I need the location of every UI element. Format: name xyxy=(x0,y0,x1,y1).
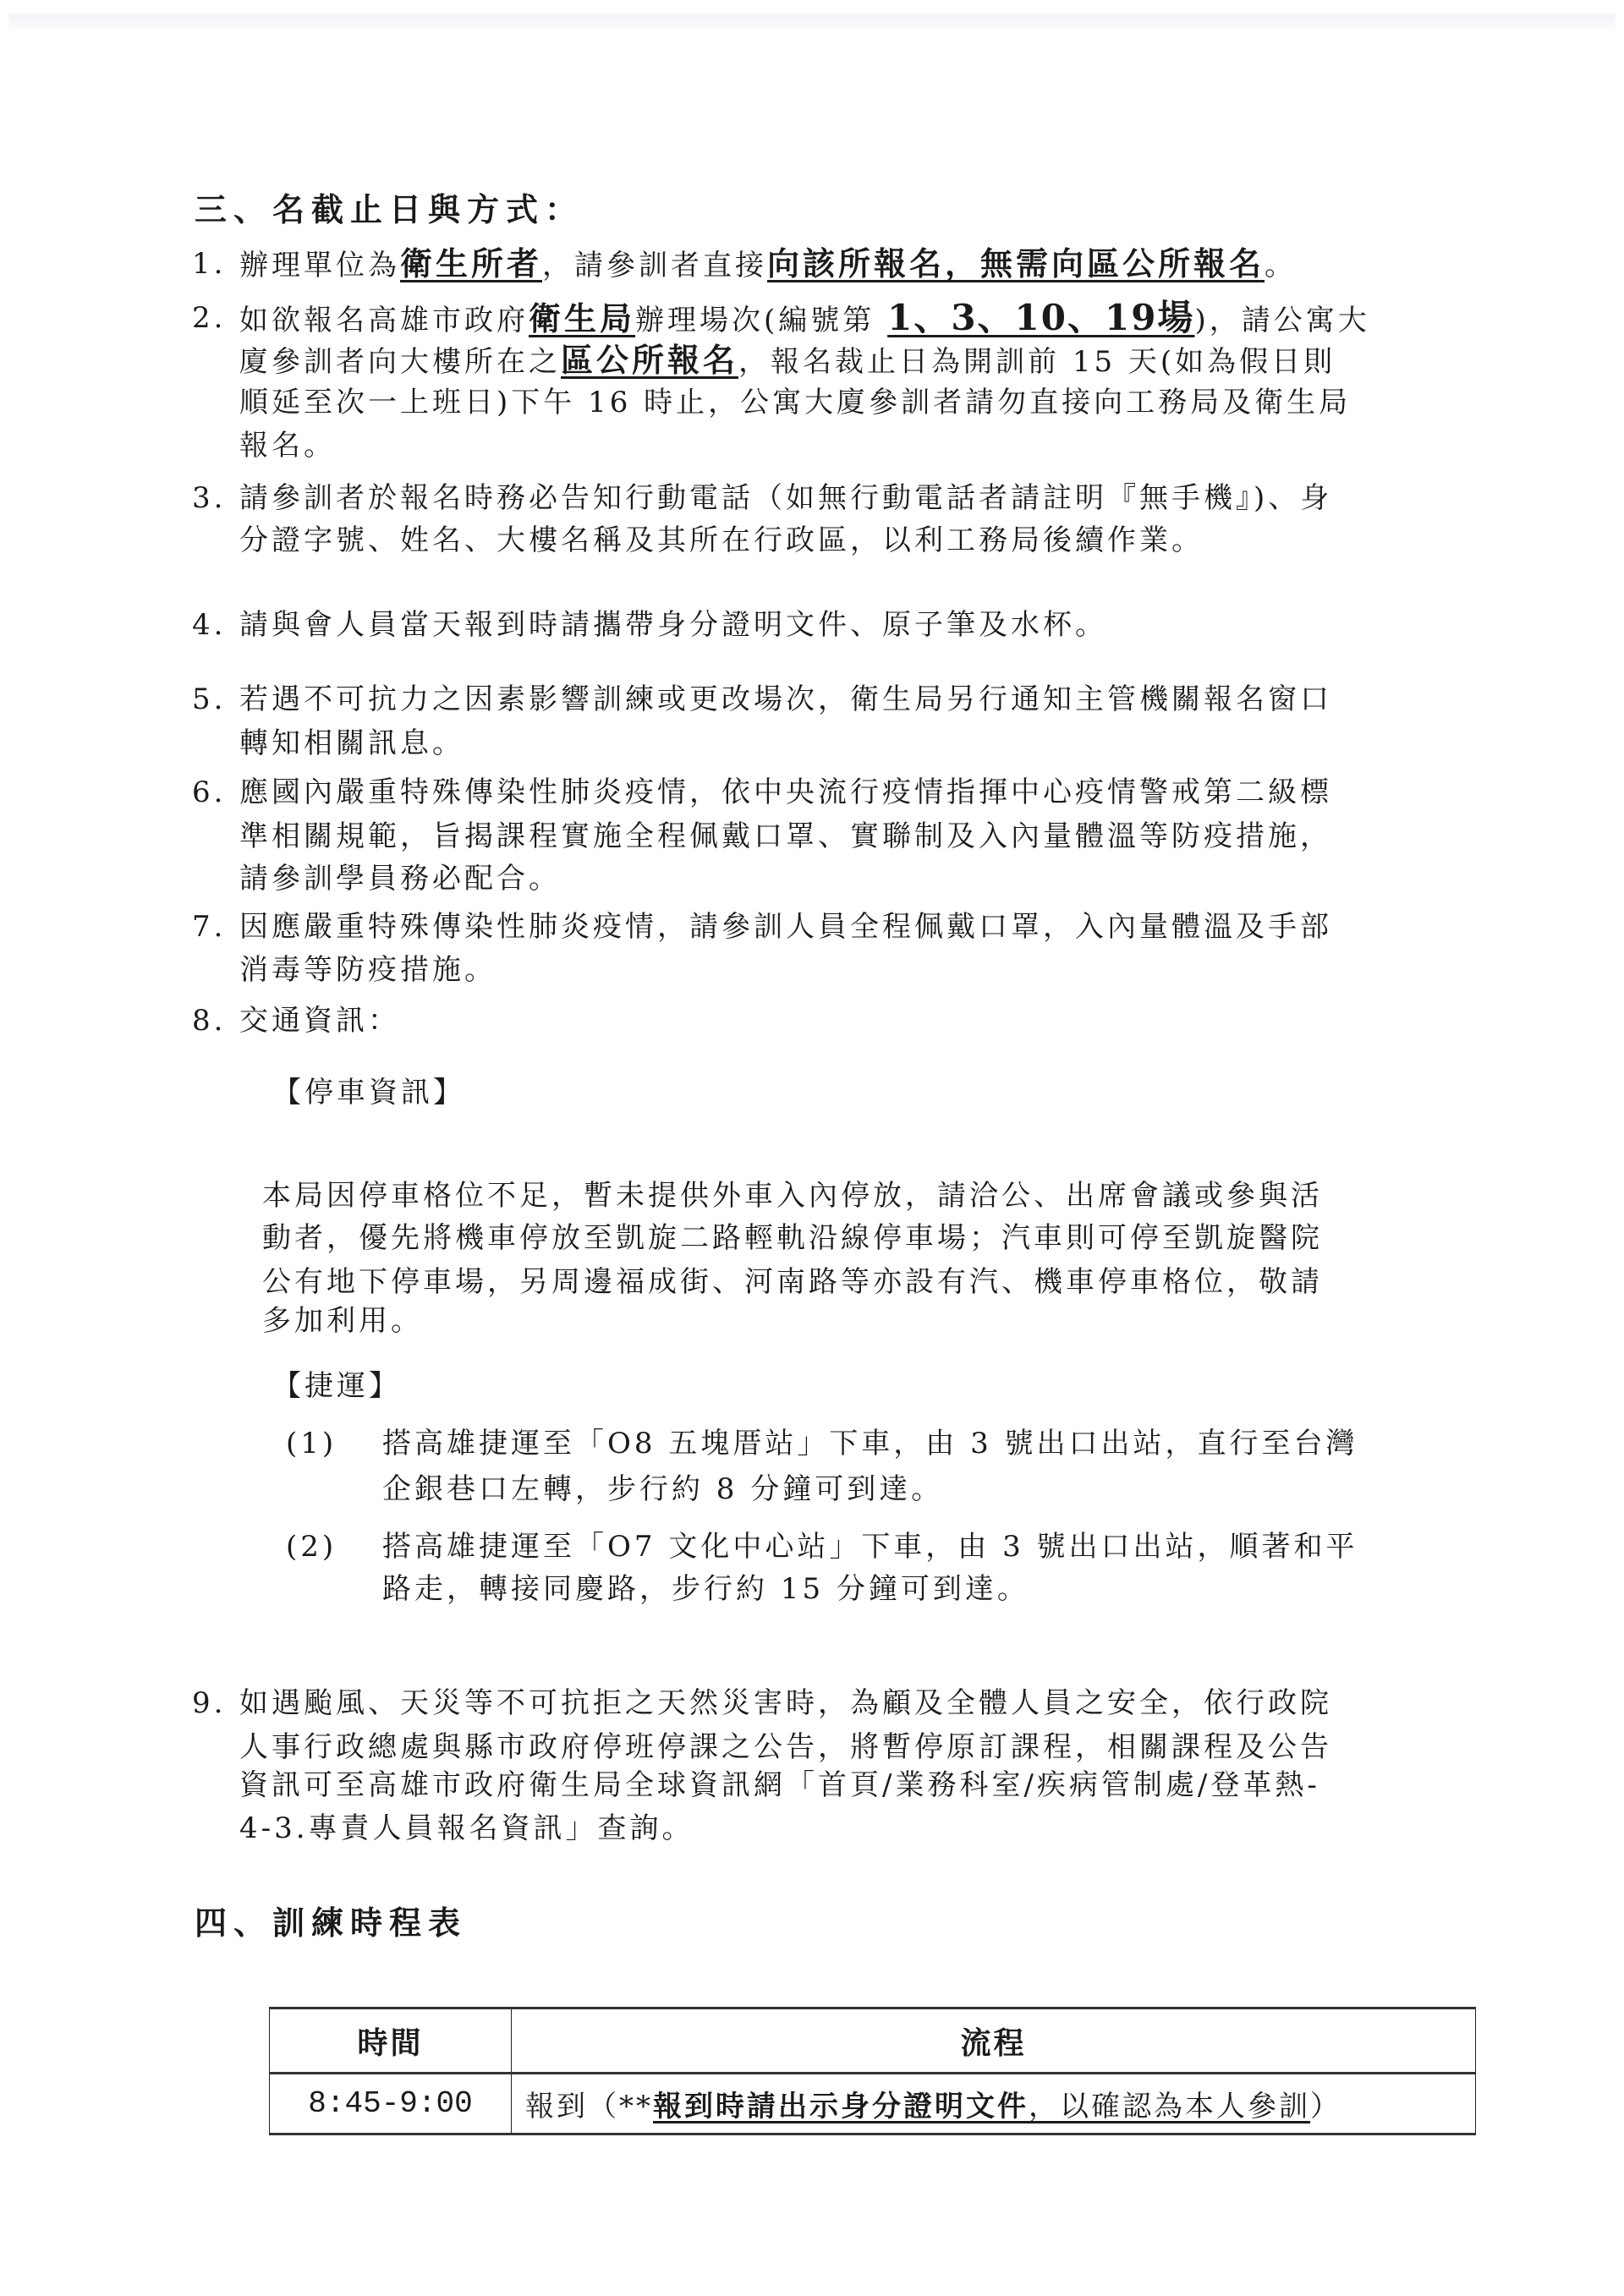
route-label: (1) xyxy=(286,1427,337,1460)
item-text: 如欲報名高雄市政府 xyxy=(239,304,529,337)
item-text: 準相關規範，旨揭課程實施全程佩戴口罩、實聯制及入內量體溫等防疫措施， xyxy=(239,819,1332,853)
item-text: 請參訓者於報名時務必告知行動電話（如無行動電話者請註明『無手機』)、身 xyxy=(239,481,1332,515)
table-row: 8:45-9:00 報到（**報到時請出示身分證明文件，以確認為本人參訓） xyxy=(270,2074,1475,2133)
route-text: 搭高雄捷運至「O7 文化中心站」下車，由 3 號出口出站，順著和平 xyxy=(382,1530,1358,1564)
emphasis-district-office: 區公所報名 xyxy=(561,342,738,379)
section-heading-3: 三、名截止日與方式： xyxy=(195,193,584,227)
item-text: 人事行政總處與縣市政府停班停課之公告，將暫停原訂課程，相關課程及公告 xyxy=(239,1730,1332,1764)
header-cell-flow: 流程 xyxy=(512,2009,1475,2072)
item-text: 請參訓學員務必配合。 xyxy=(239,862,561,896)
item-text: 4-3.專責人員報名資訊」查詢。 xyxy=(239,1811,694,1845)
item-number: 7. xyxy=(192,910,226,944)
item-text: 辦理場次(編號第 xyxy=(635,304,887,337)
item-number: 2. xyxy=(192,301,226,335)
item-number: 9. xyxy=(192,1686,226,1720)
item-number: 8. xyxy=(192,1004,226,1038)
scan-artifact-band xyxy=(8,14,1616,32)
item-text: 。 xyxy=(1265,249,1297,282)
item-text: 因應嚴重特殊傳染性肺炎疫情，請參訓人員全程佩戴口罩，入內量體溫及手部 xyxy=(239,910,1332,944)
item-text: 轉知相關訊息。 xyxy=(239,726,464,760)
item-text: ，報名裁止日為開訓前 15 天(如為假日則 xyxy=(738,345,1336,379)
item-text: 若遇不可抗力之因素影響訓練或更改場次，衛生局另行通知主管機關報名窗口 xyxy=(239,682,1332,716)
parking-text: 多加利用。 xyxy=(262,1304,423,1338)
parking-text: 動者，優先將機車停放至凱旋二路輕軌沿線停車場；汽車則可停至凱旋醫院 xyxy=(262,1221,1323,1255)
item-text: 報名。 xyxy=(239,429,336,463)
parking-text: 本局因停車格位不足，暫未提供外車入內停放，請洽公、出席會議或參與活 xyxy=(262,1179,1323,1213)
item-text: 請與會人員當天報到時請攜帶身分證明文件、原子筆及水杯。 xyxy=(239,608,1107,642)
emphasis-register-station: 向該所報名，無需向區公所報名 xyxy=(767,245,1265,282)
header-flow-label: 流程 xyxy=(960,2019,1026,2063)
item-number: 1. xyxy=(192,247,226,281)
parking-text: 公有地下停車場，另周邊福成街、河南路等亦設有汽、機車停車格位，敬請 xyxy=(262,1265,1323,1299)
item-text: 資訊可至高雄市政府衛生局全球資訊網「首頁/業務科室/疾病管制處/登革熱- xyxy=(239,1768,1320,1802)
item-text: 廈參訓者向大樓所在之 xyxy=(239,345,561,379)
route-label: (2) xyxy=(286,1530,337,1564)
header-time-label: 時間 xyxy=(357,2019,423,2063)
item-text: 如遇颱風、天災等不可抗拒之天然災害時，為顧及全體人員之安全，依行政院 xyxy=(239,1686,1332,1720)
item-text: 應國內嚴重特殊傳染性肺炎疫情，依中央流行疫情指揮中心疫情警戒第二級標 xyxy=(239,775,1332,809)
parking-title: 【停車資訊】 xyxy=(272,1076,465,1110)
item-number: 3. xyxy=(192,481,226,515)
section-heading-4: 四、訓練時程表 xyxy=(195,1906,467,1940)
item-text: 交通資訊： xyxy=(239,1004,400,1038)
item-text: ，請參訓者直接 xyxy=(542,249,767,282)
item-text: 消毒等防疫措施。 xyxy=(239,953,497,987)
flow-suffix: ） xyxy=(1310,2083,1341,2124)
emphasis-health-bureau: 衛生局 xyxy=(529,300,635,337)
table-header-row: 時間 流程 xyxy=(270,2009,1475,2074)
item-number: 5. xyxy=(192,682,226,716)
flow-prefix: 報到（** xyxy=(525,2083,653,2124)
item-text: 辦理單位為 xyxy=(239,249,400,282)
mrt-title: 【捷運】 xyxy=(272,1369,401,1403)
emphasis-health-station: 衛生所者 xyxy=(400,245,542,282)
route-text: 路走，轉接同慶路，步行約 15 分鐘可到達。 xyxy=(382,1572,1029,1606)
cell-flow: 報到（**報到時請出示身分證明文件，以確認為本人參訓） xyxy=(512,2074,1475,2133)
header-cell-time: 時間 xyxy=(270,2009,512,2072)
flow-underlined: ，以確認為本人參訓 xyxy=(1029,2083,1310,2124)
cell-time: 8:45-9:00 xyxy=(270,2074,512,2133)
item-number: 6. xyxy=(192,775,226,809)
item-text: 分證字號、姓名、大樓名稱及其所在行政區，以利工務局後續作業。 xyxy=(239,523,1204,557)
item-text: 順延至次一上班日)下午 16 時止，公寓大廈參訓者請勿直接向工務局及衛生局 xyxy=(239,386,1351,419)
schedule-table: 時間 流程 8:45-9:00 報到（**報到時請出示身分證明文件，以確認為本人… xyxy=(269,2007,1476,2135)
item-text: )，請公寓大 xyxy=(1194,304,1369,337)
flow-emphasis: 報到時請出示身分證明文件 xyxy=(653,2083,1029,2124)
time-value: 8:45-9:00 xyxy=(308,2086,472,2121)
route-text: 搭高雄捷運至「O8 五塊厝站」下車，由 3 號出口出站，直行至台灣 xyxy=(382,1427,1358,1460)
route-text: 企銀巷口左轉，步行約 8 分鐘可到達。 xyxy=(382,1472,943,1506)
emphasis-session-numbers: 1、3、10、19場 xyxy=(887,297,1194,338)
item-number: 4. xyxy=(192,608,226,642)
